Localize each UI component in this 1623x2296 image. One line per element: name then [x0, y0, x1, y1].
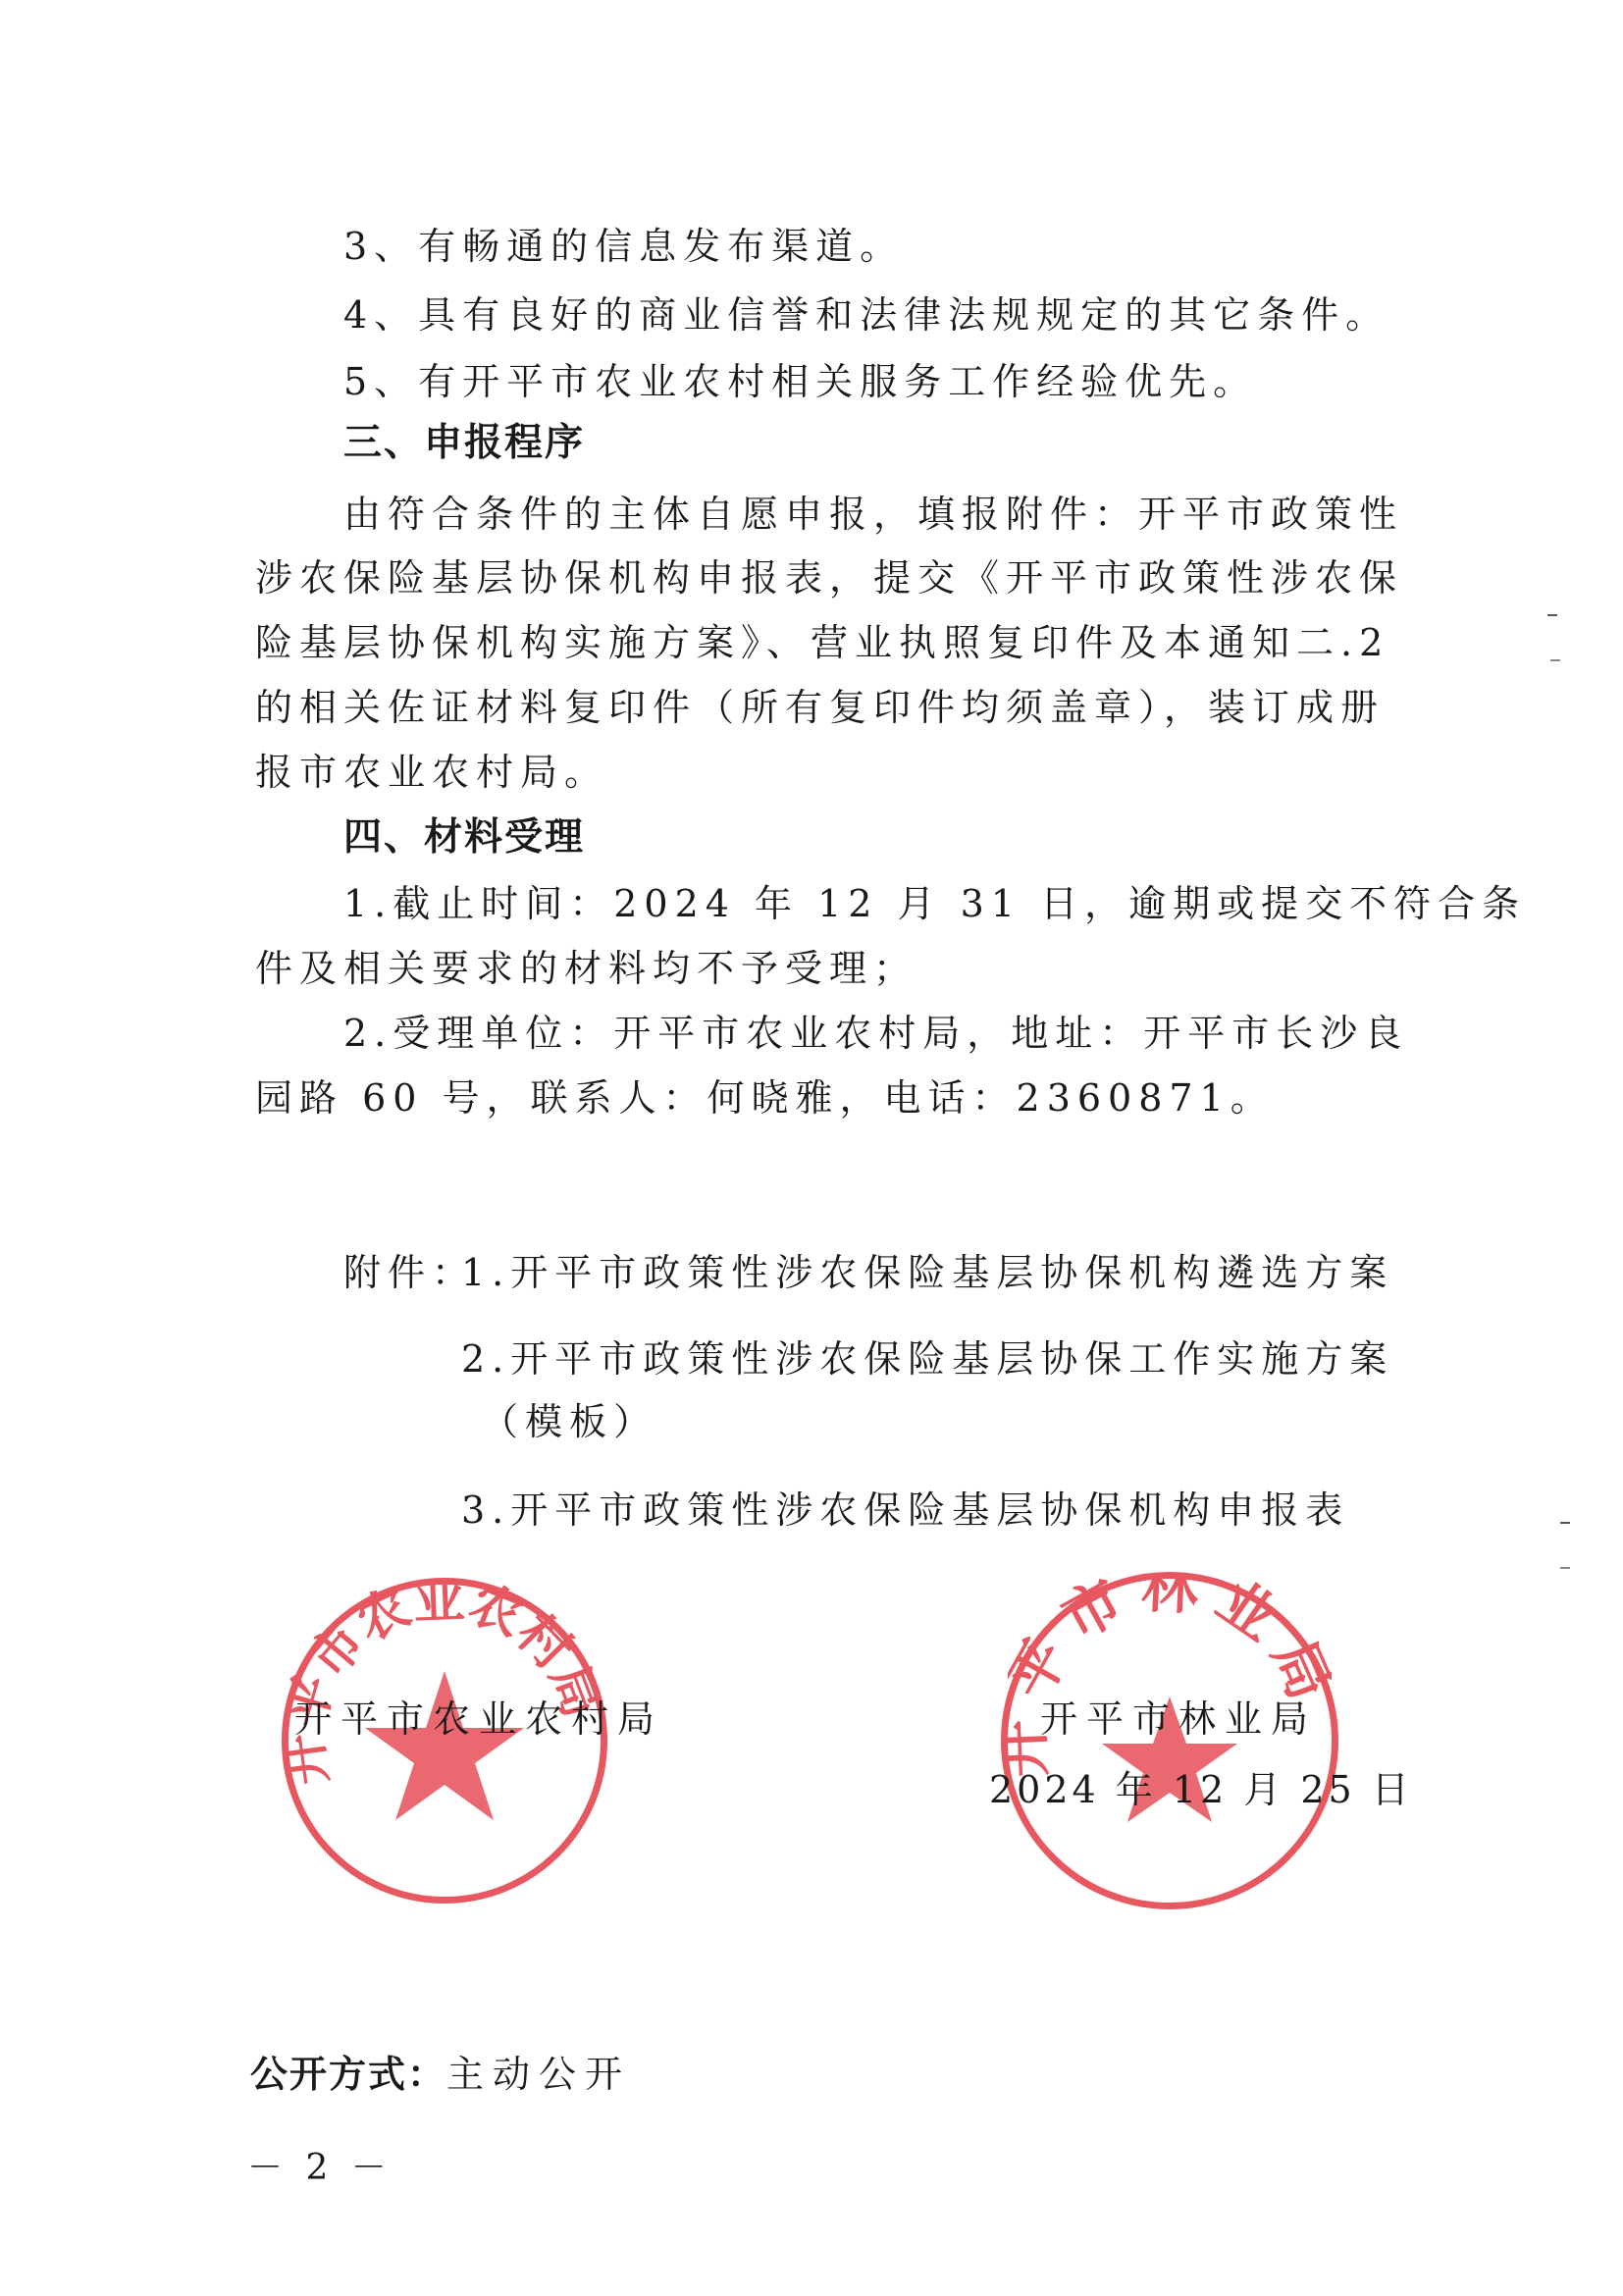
paragraph-line: 涉农保险基层协保机构申报表，提交《开平市政策性涉农保 [255, 559, 1403, 597]
attachment-item: 3.开平市政策性涉农保险基层协保机构申报表 [461, 1491, 1349, 1529]
section-heading-material-acceptance: 四、材料受理 [343, 818, 585, 857]
disclosure-value: 主动公开 [446, 2053, 631, 2096]
signature-forestry-bureau: 开平市林业局 [1040, 1700, 1317, 1738]
deadline-line: 件及相关要求的材料均不予受理； [255, 950, 917, 987]
paragraph-line: 报市农业农村局。 [255, 754, 608, 791]
attachment-item-continued: （模板） [481, 1403, 657, 1440]
disclosure-method: 公开方式：主动公开 [250, 2056, 631, 2093]
attachments-label: 附件： [343, 1254, 476, 1291]
disclosure-label: 公开方式： [250, 2053, 446, 2096]
paragraph-line: 险基层协保机构实施方案》、营业执照复印件及本通知二.2 [255, 624, 1389, 661]
signature-date: 2024 年 12 月 25 日 [989, 1771, 1413, 1808]
section-heading-application-procedure: 三、申报程序 [343, 424, 585, 462]
deadline-line: 1.截止时间：2024 年 12 月 31 日，逾期或提交不符合条 [343, 885, 1526, 922]
attachment-item: 2.开平市政策性涉农保险基层协保工作实施方案 [461, 1340, 1393, 1378]
accepting-unit-line: 园路 60 号，联系人：何晓雅，电话：2360871。 [255, 1079, 1275, 1117]
paragraph-line: 由符合条件的主体自愿申报，填报附件：开平市政策性 [343, 496, 1403, 533]
star-icon: 开平市农业农村局 [288, 1585, 601, 1897]
condition-item-5: 5、有开平市农业农村相关服务工作经验优先。 [343, 363, 1257, 400]
seal-forestry-bureau: 开平市林业局 [1001, 1572, 1338, 1909]
star-icon: 开平市林业局 [1008, 1579, 1332, 1903]
scan-mark [1560, 1567, 1570, 1569]
scan-mark [1560, 1522, 1570, 1524]
condition-item-4: 4、具有良好的商业信誉和法律法规规定的其它条件。 [343, 296, 1389, 334]
page-number: － 2 － [247, 2151, 393, 2186]
attachment-item: 1.开平市政策性涉农保险基层协保机构遴选方案 [461, 1254, 1393, 1291]
signature-agriculture-bureau: 开平市农业农村局 [294, 1700, 663, 1738]
seal-agriculture-bureau: 开平市农业农村局 [282, 1578, 607, 1904]
paragraph-line: 的相关佐证材料复印件（所有复印件均须盖章），装订成册 [255, 689, 1385, 726]
scan-mark [1550, 659, 1560, 661]
condition-item-3: 3、有畅通的信息发布渠道。 [343, 228, 904, 265]
accepting-unit-line: 2.受理单位：开平市农业农村局，地址：开平市长沙良 [343, 1015, 1408, 1052]
scan-mark [1547, 614, 1557, 616]
